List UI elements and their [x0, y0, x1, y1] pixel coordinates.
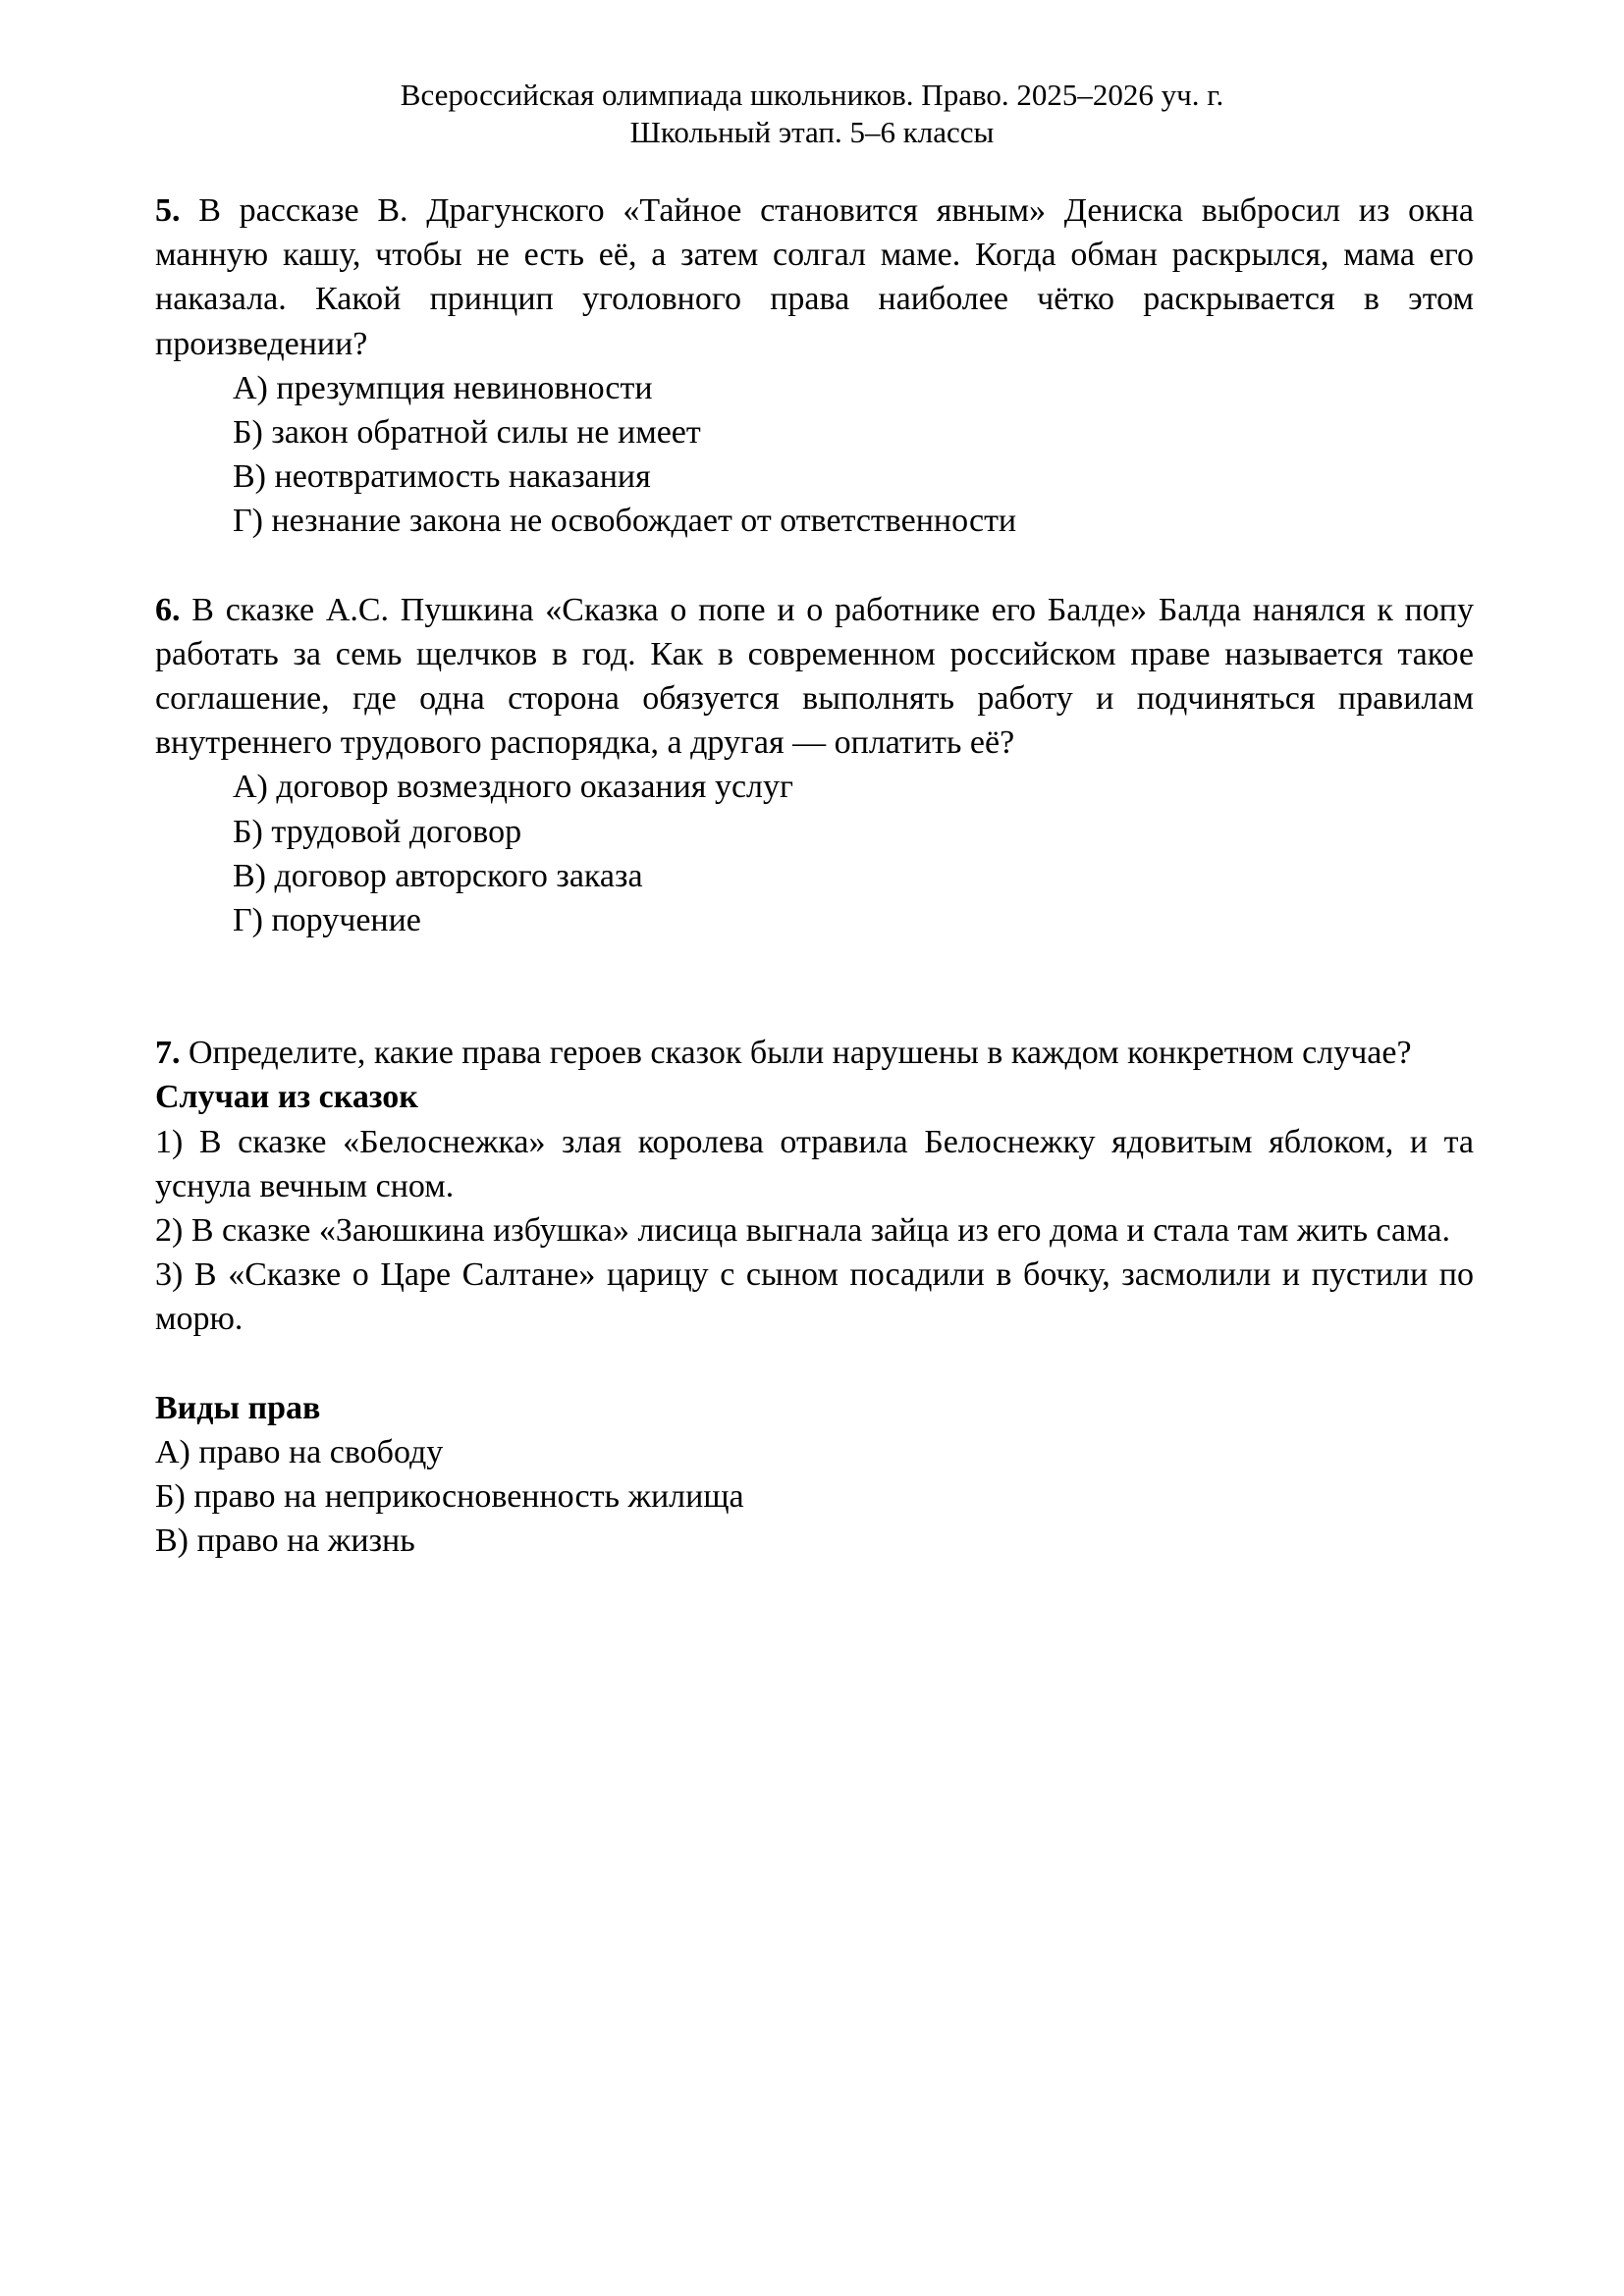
case-2: 2) В сказке «Заюшкина избушка» лисица вы… — [155, 1208, 1474, 1253]
question-7-number: 7. — [155, 1035, 181, 1071]
question-5-number: 5. — [155, 192, 181, 229]
question-6-option-b: Б) трудовой договор — [233, 810, 1474, 854]
question-6-option-a: А) договор возмездного оказания услуг — [233, 765, 1474, 809]
question-6-option-c: В) договор авторского заказа — [233, 854, 1474, 898]
case-3: 3) В «Сказке о Царе Салтане» царицу с сы… — [155, 1253, 1474, 1341]
question-5-option-b: Б) закон обратной силы не имеет — [233, 410, 1474, 454]
question-5-option-c: В) неотвратимость наказания — [233, 454, 1474, 499]
right-a: А) право на свободу — [155, 1430, 1474, 1474]
question-5-text: 5. В рассказе В. Драгунского «Тайное ста… — [155, 188, 1474, 366]
header-olympiad-title: Всероссийская олимпиада школьников. Прав… — [0, 77, 1624, 114]
right-b: Б) право на неприкосновенность жилища — [155, 1474, 1474, 1519]
question-5-option-a: А) презумпция невиновности — [233, 366, 1474, 410]
question-7-text: 7. Определите, какие права героев сказок… — [155, 1031, 1474, 1075]
case-1: 1) В сказке «Белоснежка» злая королева о… — [155, 1120, 1474, 1208]
question-7: 7. Определите, какие права героев сказок… — [155, 1031, 1474, 1563]
spacer — [155, 1342, 1474, 1386]
question-5: 5. В рассказе В. Драгунского «Тайное ста… — [155, 188, 1474, 544]
question-6: 6. В сказке А.С. Пушкина «Сказка о попе … — [155, 588, 1474, 943]
right-c: В) право на жизнь — [155, 1519, 1474, 1563]
document-page: Всероссийская олимпиада школьников. Прав… — [0, 0, 1624, 2296]
question-5-option-d: Г) незнание закона не освобождает от отв… — [233, 499, 1474, 543]
page-content: 5. В рассказе В. Драгунского «Тайное ста… — [155, 188, 1474, 1563]
spacer — [155, 544, 1474, 588]
question-6-number: 6. — [155, 592, 181, 628]
question-6-text: 6. В сказке А.С. Пушкина «Сказка о попе … — [155, 588, 1474, 766]
cases-heading: Случаи из сказок — [155, 1075, 1474, 1119]
page-header: Всероссийская олимпиада школьников. Прав… — [0, 77, 1624, 151]
spacer — [155, 942, 1474, 1031]
header-stage-grades: Школьный этап. 5–6 классы — [0, 114, 1624, 151]
question-6-option-d: Г) поручение — [233, 898, 1474, 942]
rights-heading: Виды прав — [155, 1386, 1474, 1430]
